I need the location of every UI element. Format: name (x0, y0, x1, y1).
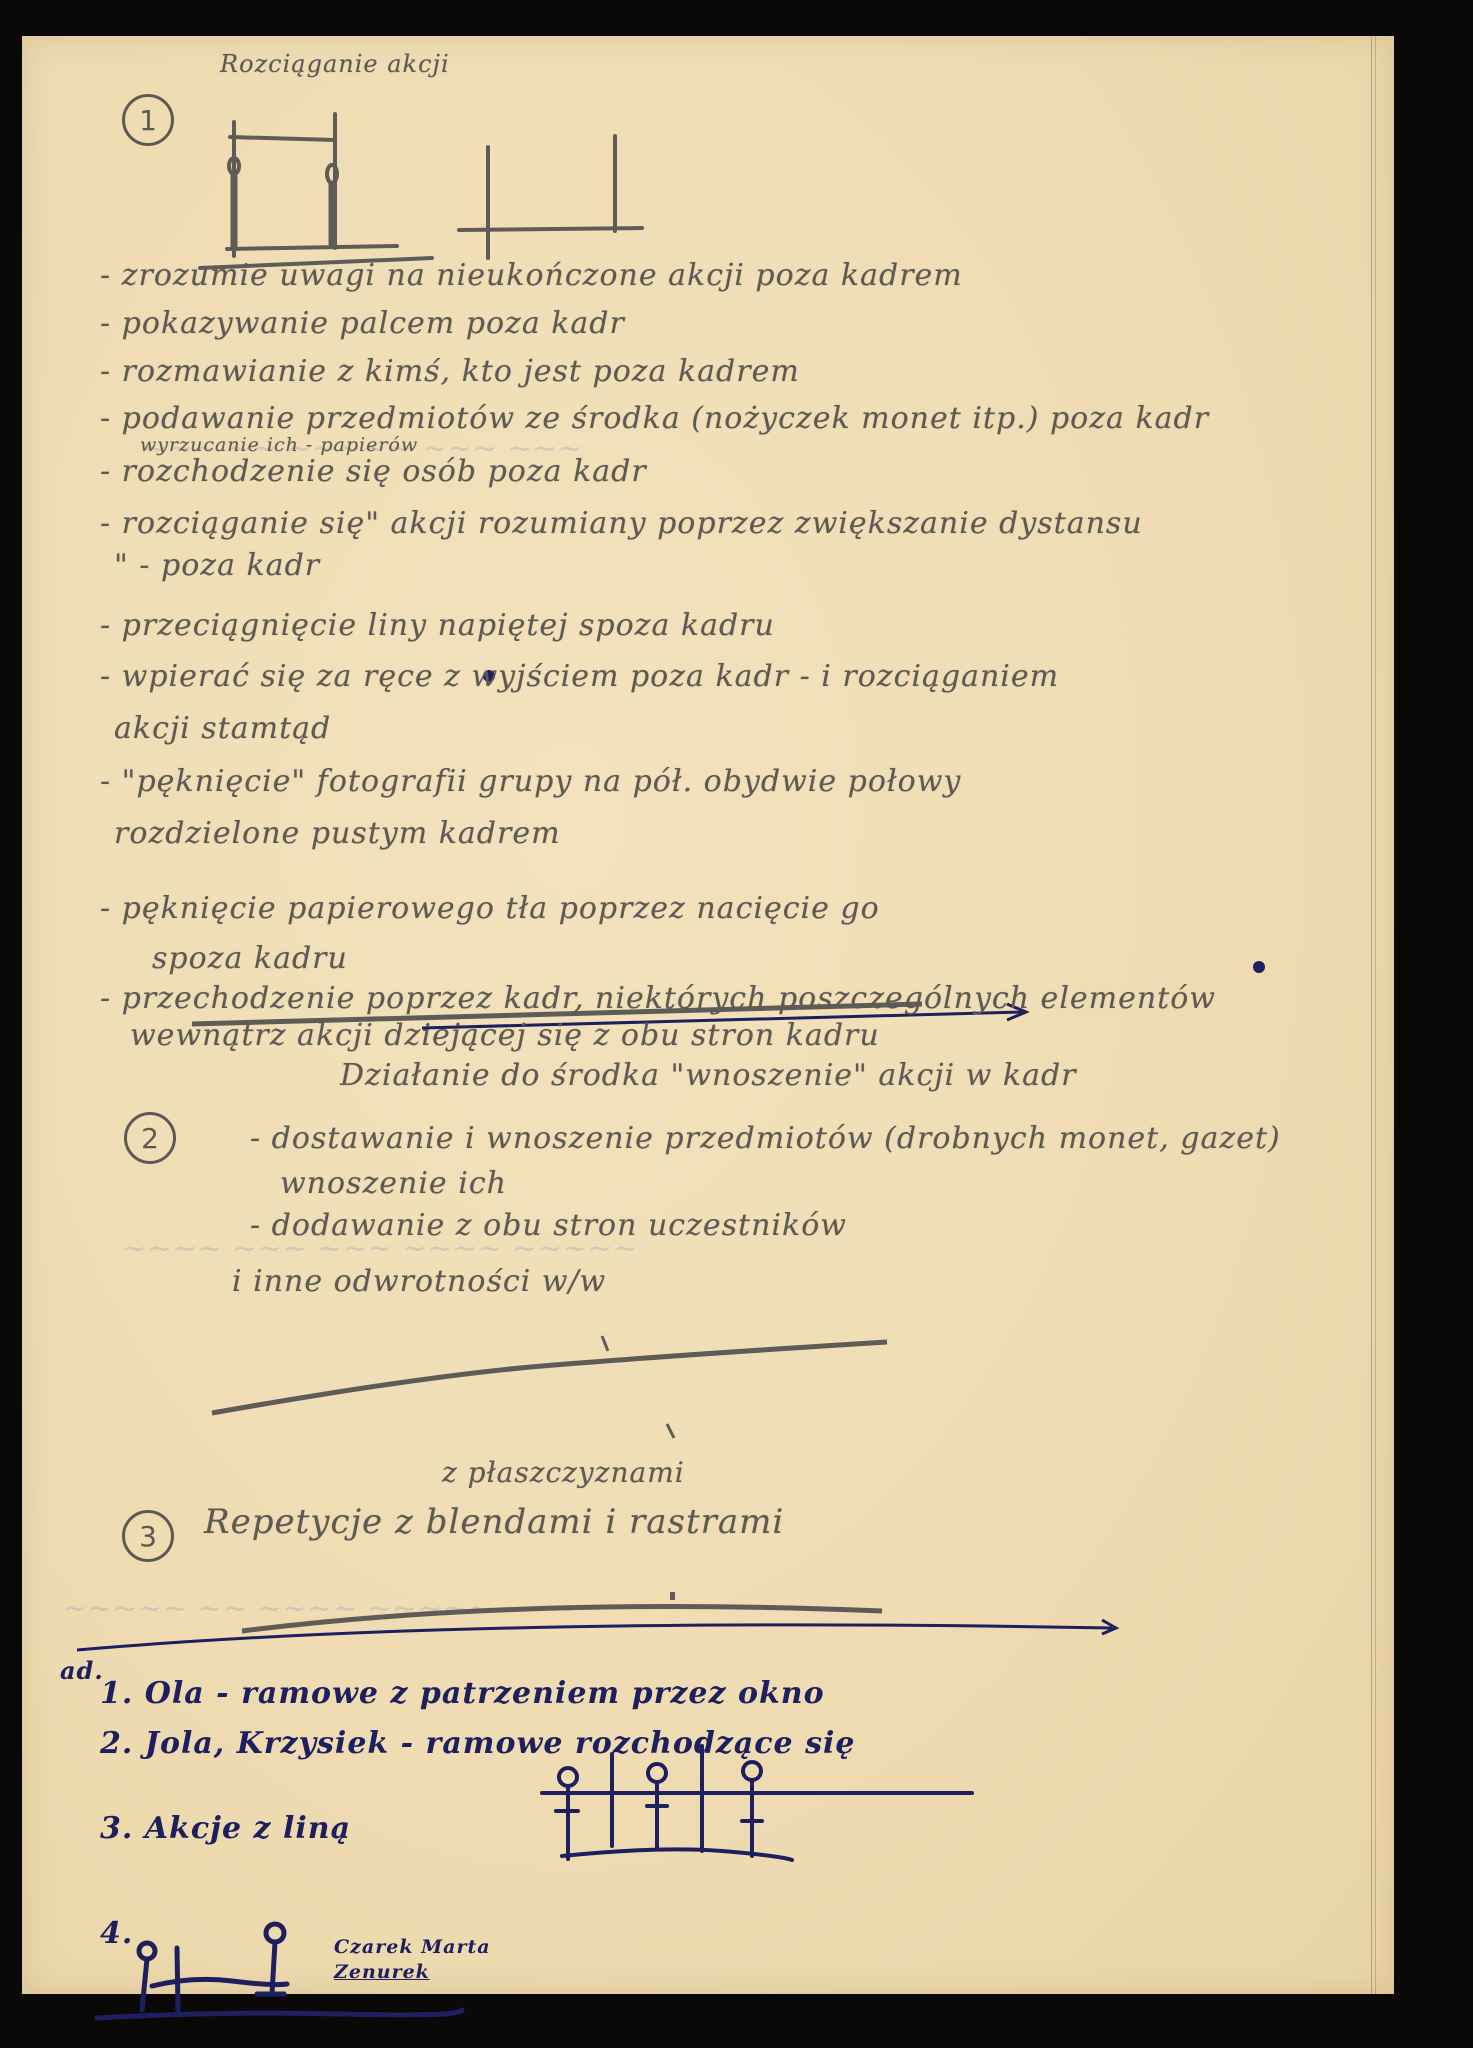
manuscript-page: ~~~ ~~ ~~~~~ ~~~ ~~~ ~~~~ ~~~ ~~~ ~~~~ ~… (22, 36, 1394, 1994)
section1-item-11-cont: wewnątrz akcji dziejącej się z obu stron… (130, 1018, 880, 1053)
section1-item-9-cont: rozdzielone pustym kadrem (114, 816, 561, 851)
ink-note-2: 2. Jola, Krzysiek - ramowe rozchodzące s… (100, 1726, 855, 1761)
section3-number-circle: 3 (122, 1510, 174, 1562)
section2-item-3: i inne odwrotności w/w (232, 1264, 606, 1299)
ink-note-3: 3. Akcje z liną (100, 1811, 351, 1846)
section1-item-1: - zrozumie uwagi na nieukończone akcji p… (100, 258, 963, 293)
section2-number: 2 (141, 1122, 159, 1155)
section1-item-4-insert: wyrzucanie ich - papierów (140, 434, 418, 456)
section2-heading: Działanie do środka "wnoszenie" akcji w … (340, 1058, 1077, 1093)
section2-number-circle: 2 (124, 1112, 176, 1164)
section1-item-9: - "pęknięcie" fotografii grupy na pół. o… (100, 764, 961, 799)
section1-item-7: - przeciągnięcie liny napiętej spoza kad… (100, 608, 775, 643)
section3-heading: Repetycje z blendami i rastrami (204, 1502, 784, 1542)
ink-names-2: Zenurek (334, 1961, 430, 1983)
section1-item-11: - przechodzenie poprzez kadr, niektórych… (100, 981, 1216, 1016)
section1-item-10: - pęknięcie papierowego tła poprzez naci… (100, 891, 880, 926)
section1-item-4: - podawanie przedmiotów ze środka (nożyc… (100, 401, 1209, 436)
section1-item-10-cont: spoza kadru (152, 941, 348, 976)
section1-item-5: - rozchodzenie się osób poza kadr (100, 454, 647, 489)
section3-insert: z płaszczyznami (442, 1456, 685, 1489)
ink-note-4: 4. (100, 1916, 133, 1951)
section1-item-6-cont: " - poza kadr (114, 548, 320, 583)
section3-number: 3 (139, 1520, 157, 1553)
section1-item-6: - rozciąganie się" akcji rozumiany poprz… (100, 506, 1143, 541)
ink-names-1: Czarek Marta (334, 1936, 491, 1958)
ink-notes-prefix: ad. (60, 1656, 104, 1685)
section2-item-1: - dostawanie i wnoszenie przedmiotów (dr… (250, 1121, 1281, 1156)
section2-item-1-cont: wnoszenie ich (280, 1166, 507, 1201)
section1-item-8: - wpierać się za ręce z wyjściem poza ka… (100, 659, 1059, 694)
section1-item-8-cont: akcji stamtąd (114, 711, 331, 746)
section2-item-2: - dodawanie z obu stron uczestników (250, 1208, 847, 1243)
ink-note-1: 1. Ola - ramowe z patrzeniem przez okno (100, 1676, 825, 1711)
section1-item-3: - rozmawianie z kimś, kto jest poza kadr… (100, 354, 800, 389)
section1-item-2: - pokazywanie palcem poza kadr (100, 306, 625, 341)
